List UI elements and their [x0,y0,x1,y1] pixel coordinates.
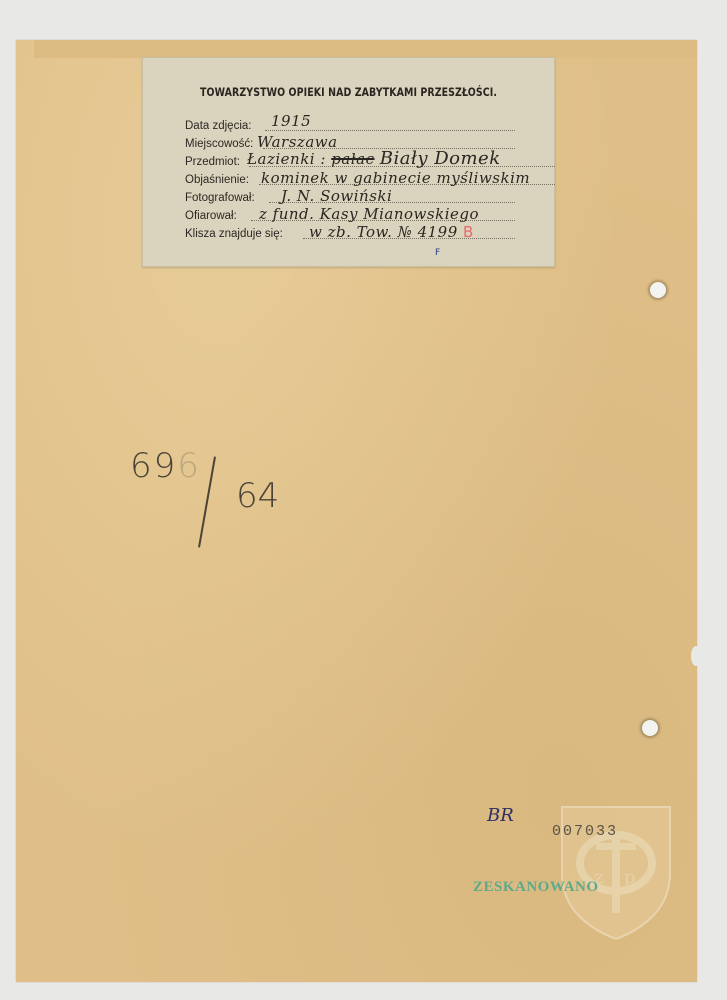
pencil-number-left: 696 [130,446,201,486]
label-title: TOWARZYSTWO OPIEKI NAD ZABYTKAMI PRZESZŁ… [180,85,517,99]
struck-word: pałac [331,150,374,168]
svg-text:p: p [624,867,636,888]
photographer-value: J. N. Sowiński [281,187,392,205]
photo-date-value: 1915 [271,112,311,130]
field-photographer: Fotografował: J. N. Sowiński [185,188,515,206]
explanation-value: kominek w gabinecie myśliwskim [261,169,530,187]
donor-value: z fund. Kasy Mianowskiego [259,205,479,223]
edge-notch [691,646,701,666]
archival-sheet: TOWARZYSTWO OPIEKI NAD ZABYTKAMI PRZESZŁ… [16,40,697,982]
sheet-top-strip [34,40,697,58]
catalog-label: TOWARZYSTWO OPIEKI NAD ZABYTKAMI PRZESZŁ… [142,57,555,267]
subject-value: Łazienki : pałac Biały Domek [247,148,501,169]
field-subject: Przedmiot: Łazienki : pałac Biały Domek [185,152,555,170]
pencil-number-right: 64 [236,476,279,516]
field-photo-date: Data zdjęcia: 1915 [185,116,515,134]
punch-hole-bottom [642,720,658,736]
scanned-stamp: ZESKANOWANO [473,879,599,896]
blue-f-mark: F [435,248,440,258]
punch-hole-top [650,282,666,298]
field-negative-location: Klisza znajduje się: w zb. Tow. № 4199 B [185,224,515,242]
inventory-number: 007033 [552,823,618,840]
negative-location-value: w zb. Tow. № 4199 B [309,223,474,241]
field-donor: Ofiarował: z fund. Kasy Mianowskiego [185,206,515,224]
red-mark: B [463,223,474,241]
field-explanation: Objaśnienie: kominek w gabinecie myśliws… [185,170,555,188]
handwritten-initials: BR [487,805,514,826]
